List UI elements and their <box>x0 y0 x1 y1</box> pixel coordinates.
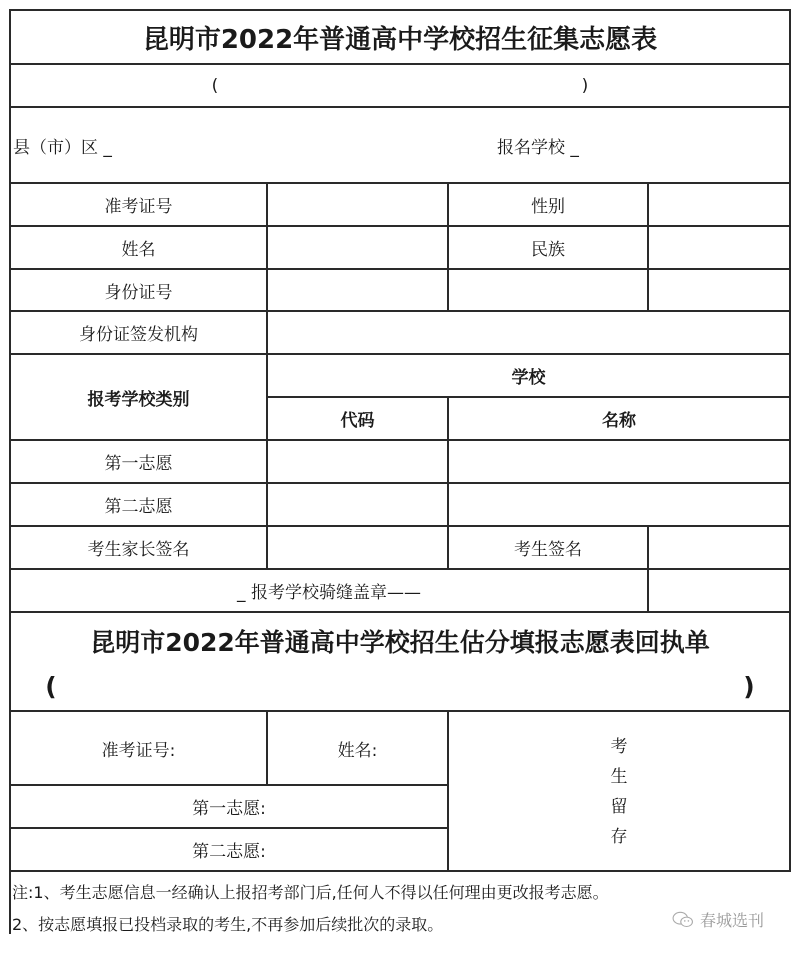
id-issuer-label: 身份证签发机构 <box>11 312 266 353</box>
seal-label: _ 报考学校骑缝盖章—— <box>11 570 647 611</box>
receipt-title: 昆明市2022年普通高中学校招生估分填报志愿表回执单 <box>11 617 789 665</box>
watermark-text: 春城选刊 <box>700 908 764 931</box>
receipt-name[interactable]: 姓名: <box>268 712 447 784</box>
receipt-choice1[interactable]: 第一志愿: <box>11 786 447 827</box>
paren-close: ) <box>570 65 600 106</box>
receipt-exam-no[interactable]: 准考证号: <box>11 712 266 784</box>
county-label: 县（市）区 _ <box>13 108 213 182</box>
choice2-code-field[interactable] <box>268 484 447 525</box>
keep-char: 存 <box>611 822 628 852</box>
ethnicity-field[interactable] <box>649 227 789 268</box>
gender-label: 性别 <box>449 184 647 225</box>
ethnicity-label: 民族 <box>449 227 647 268</box>
wechat-icon <box>672 911 694 929</box>
choice1-label: 第一志愿 <box>11 441 266 482</box>
keep-char: 留 <box>611 792 628 822</box>
paren-open: ( <box>200 65 230 106</box>
name-label: 姓名 <box>11 227 266 268</box>
receipt-choice2[interactable]: 第二志愿: <box>11 829 447 870</box>
note-line-1: 注:1、考生志愿信息一经确认上报招考部门后,任何人不得以任何理由更改报考志愿。 <box>12 880 609 903</box>
exam-no-label: 准考证号 <box>11 184 266 225</box>
school-category-header: 报考学校类别 <box>11 355 266 439</box>
hline <box>9 63 791 65</box>
receipt-paren-close: ) <box>734 664 764 708</box>
code-header: 代码 <box>268 398 447 439</box>
student-sign-label: 考生签名 <box>449 527 647 568</box>
id-no-field[interactable] <box>268 270 789 310</box>
name-field[interactable] <box>268 227 447 268</box>
watermark: 春城选刊 <box>672 908 764 931</box>
hline <box>9 611 791 613</box>
choice1-code-field[interactable] <box>268 441 447 482</box>
form-title: 昆明市2022年普通高中学校招生征集志愿表 <box>11 11 789 63</box>
gender-field[interactable] <box>649 184 789 225</box>
keep-char: 生 <box>611 762 628 792</box>
school-label: 报名学校 _ <box>497 108 697 182</box>
school-header: 学校 <box>268 355 789 396</box>
id-issuer-field[interactable] <box>268 312 789 353</box>
student-keep-label: 考 生 留 存 <box>449 712 789 870</box>
choice2-label: 第二志愿 <box>11 484 266 525</box>
exam-no-field[interactable] <box>268 184 447 225</box>
seal-field[interactable] <box>649 570 789 611</box>
choice1-name-field[interactable] <box>449 441 789 482</box>
receipt-paren-open: ( <box>36 664 66 708</box>
hline <box>9 870 791 872</box>
school-name-header: 名称 <box>449 398 789 439</box>
parent-sign-label: 考生家长签名 <box>11 527 266 568</box>
note-line-2: 2、按志愿填报已投档录取的考生,不再参加后续批次的录取。 <box>12 912 443 935</box>
student-sign-field[interactable] <box>649 527 789 568</box>
choice2-name-field[interactable] <box>449 484 789 525</box>
keep-char: 考 <box>611 732 628 762</box>
id-no-label: 身份证号 <box>11 270 266 310</box>
parent-sign-field[interactable] <box>268 527 447 568</box>
